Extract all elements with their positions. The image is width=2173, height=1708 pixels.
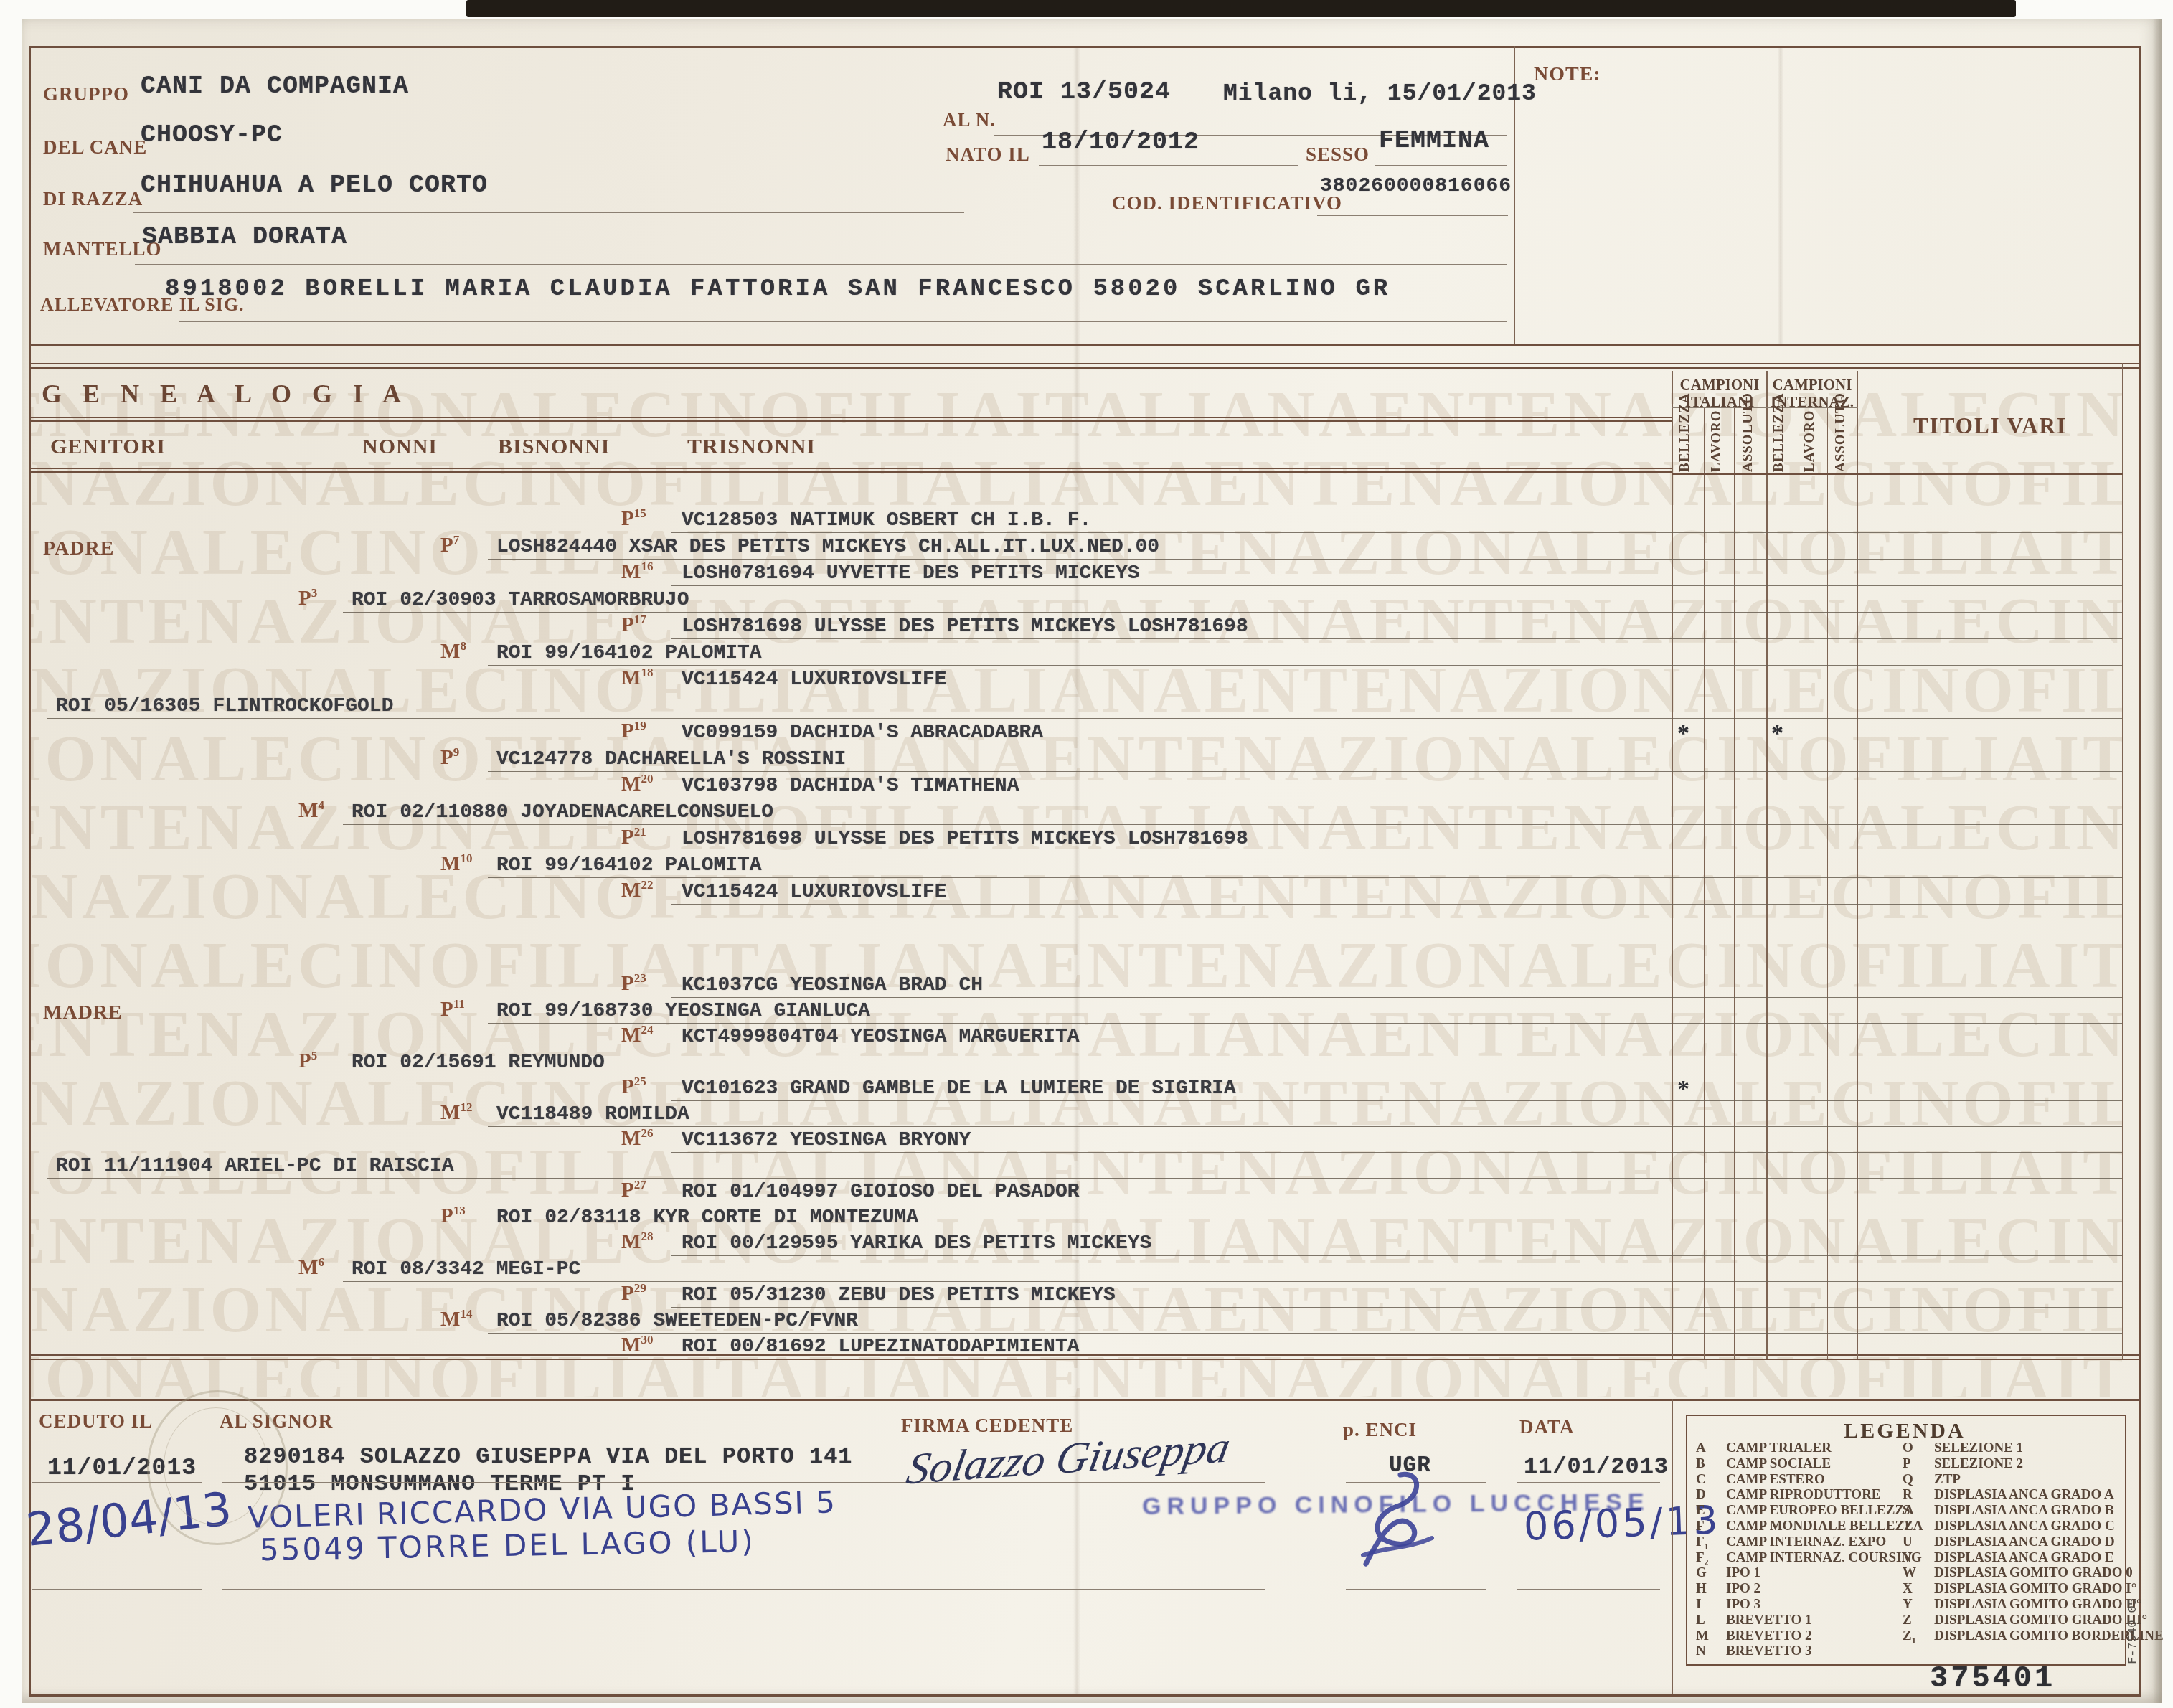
legenda-key: F	[1696, 1519, 1705, 1534]
pedigree-row-line	[671, 1307, 2122, 1308]
legenda-key: Y	[1903, 1597, 1913, 1613]
pedigree-dog-name: LOSH0781694 UYVETTE DES PETITS MICKEYS	[682, 562, 1140, 585]
sesso-value: FEMMINA	[1379, 126, 1489, 155]
block-label-madre: MADRE	[43, 1001, 123, 1024]
legenda-label: CAMP RIPRODUTTORE	[1726, 1487, 1881, 1503]
pedigree-row-line	[488, 665, 2122, 666]
pedigree-dog-name: KC1037CG YEOSINGA BRAD CH	[682, 974, 983, 996]
fold-crease-right	[1778, 46, 1783, 346]
legenda-key: Z	[1903, 1613, 1912, 1628]
legenda-key: E	[1696, 1503, 1705, 1519]
pedigree-row-line	[488, 1333, 2122, 1334]
legenda-label: ZTP	[1934, 1472, 1961, 1488]
ceduto-il-label: CEDUTO IL	[39, 1410, 153, 1433]
camp-v4	[1766, 371, 1768, 1359]
pedigree-row-line	[671, 585, 2122, 586]
pedigree-row-line	[488, 1230, 2122, 1230]
p-enci-label: p. ENCI	[1343, 1419, 1417, 1441]
place-date-value: Milano li, 15/01/2013	[1223, 80, 1537, 107]
legenda-label: SELEZIONE 1	[1934, 1440, 2023, 1456]
legenda-label: DISPLASIA GOMITO GRADO II°	[1934, 1597, 2142, 1613]
bottom-field-line	[901, 1589, 1265, 1590]
pedigree-row-line	[343, 1075, 2122, 1075]
pedigree-dog-name: KCT4999804T04 YEOSINGA MARGUERITA	[682, 1026, 1080, 1048]
legenda-key: W	[1903, 1565, 1916, 1581]
allevatore-value: 8918002 BORELLI MARIA CLAUDIA FATTORIA S…	[165, 275, 1390, 303]
pedigree-dog-name: ROI 11/111904 ARIEL-PC DI RAISCIA	[56, 1155, 454, 1177]
legenda-key: M	[1696, 1628, 1709, 1644]
int-assoluto-label: ASSOLUTO	[1833, 413, 1849, 472]
legenda-key: H	[1696, 1581, 1707, 1597]
generation-marker: M28	[621, 1230, 653, 1254]
pedigree-dog-name: LOSH824440 XSAR DES PETITS MICKEYS CH.AL…	[496, 536, 1159, 558]
generation-marker: P19	[621, 719, 646, 743]
legenda-label: IPO 3	[1726, 1597, 1760, 1613]
pedigree-dog-name: ROI 08/3342 MEGI-PC	[352, 1258, 580, 1280]
generation-marker: P29	[621, 1281, 646, 1306]
pedigree-dog-name: VC113672 YEOSINGA BRYONY	[682, 1129, 971, 1151]
generation-marker: P27	[621, 1178, 646, 1202]
legenda-label: CAMP TRIALER	[1726, 1440, 1832, 1456]
pedigree-row-line	[488, 771, 2122, 772]
pedigree-row-line	[671, 1204, 2122, 1204]
pedigree-dog-name: VC103798 DACHIDA'S TIMATHENA	[682, 775, 1019, 797]
form-code: F-7540 05	[2126, 1598, 2140, 1664]
pedigree-dog-name: VC118489 ROMILDA	[496, 1103, 689, 1126]
frame-left	[29, 46, 31, 1697]
legenda-label: BREVETTO 1	[1726, 1613, 1812, 1628]
legenda-divider	[1672, 1399, 1673, 1694]
del-cane-value: CHOOSY-PC	[141, 121, 283, 149]
legenda-label: SELEZIONE 2	[1934, 1456, 2023, 1472]
form-number: 375401	[1930, 1661, 2055, 1696]
pedigree-dog-name: ROI 02/30903 TARROSAMORBRUJO	[352, 589, 689, 611]
legenda-key: T	[1903, 1519, 1912, 1534]
pedigree-row-line	[488, 1023, 2122, 1024]
camp-v2	[1704, 407, 1705, 1359]
pedigree-dog-name: LOSH781698 ULYSSE DES PETITS MICKEYS LOS…	[682, 615, 1248, 638]
pedigree-dog-name: VC115424 LUXURIOVSLIFE	[682, 669, 947, 691]
it-bellezza-label: BELLEZZA	[1677, 413, 1693, 472]
titoli-vari-label: TITOLI VARI	[1857, 413, 2123, 439]
generation-marker: M12	[440, 1100, 472, 1125]
nato-il-label: NATO IL	[946, 143, 1030, 166]
generation-marker: P7	[440, 533, 459, 557]
legenda-label: DISPLASIA ANCA GRADO B	[1934, 1503, 2114, 1519]
legenda-key: O	[1903, 1440, 1913, 1456]
pedigree-row-line	[671, 1152, 2122, 1153]
pedigree-row-line	[488, 1126, 2122, 1127]
pedigree-row-line	[671, 745, 2122, 745]
pedigree-row-line	[671, 532, 2122, 533]
pedigree-row-line	[671, 1255, 2122, 1256]
generation-marker: M14	[440, 1307, 472, 1331]
scan-edge-artifact	[466, 0, 2016, 17]
camp-v5	[1796, 407, 1796, 1359]
bottom-field-line	[1346, 1589, 1486, 1590]
frame-right	[2139, 46, 2141, 1697]
bottom-field-line	[1517, 1643, 1660, 1643]
pedigree-dog-name: ROI 02/83118 KYR CORTE DI MONTEZUMA	[496, 1207, 918, 1229]
pedigree-row-line	[671, 904, 2122, 905]
legenda-label: DISPLASIA GOMITO GRADO III°	[1934, 1613, 2147, 1628]
pedigree-dog-name: ROI 00/129595 YARIKA DES PETITS MICKEYS	[682, 1232, 1151, 1255]
data-typed: 11/01/2013	[1524, 1453, 1669, 1480]
legenda-key: R	[1903, 1487, 1913, 1503]
camp-v6	[1827, 407, 1828, 1359]
note-label: NOTE:	[1534, 63, 1601, 86]
firma-cedente-label: FIRMA CEDENTE	[901, 1415, 1073, 1437]
legenda-key: Z1	[1903, 1628, 1916, 1646]
champion-asterisk-it_bellezza: *	[1677, 720, 1689, 747]
pedigree-row-line	[671, 638, 2122, 639]
pedigree-dog-name: VC128503 NATIMUK OSBERT CH I.B. F.	[682, 509, 1091, 532]
pedigree-dog-name: ROI 99/168730 YEOSINGA GIANLUCA	[496, 1000, 870, 1022]
generation-marker: M24	[621, 1023, 653, 1047]
sesso-underline	[1375, 165, 1507, 166]
pedigree-dog-name: ROI 02/15691 REYMUNDO	[352, 1052, 605, 1074]
legenda-label: DISPLASIA ANCA GRADO C	[1934, 1519, 2115, 1534]
generation-marker: P11	[440, 997, 465, 1022]
legenda-label: CAMP EUROPEO BELLEZZA	[1726, 1503, 1914, 1519]
bottom-field-line	[32, 1589, 202, 1590]
bottom-section-top-line	[29, 1399, 2141, 1401]
gen-top-line-b	[29, 367, 2141, 369]
generation-marker: M6	[298, 1255, 324, 1280]
gen-title-line-b	[29, 420, 1673, 422]
legenda-label: CAMP INTERNAZ. EXPO	[1726, 1534, 1886, 1550]
bottom-field-line	[901, 1537, 1265, 1537]
pedigree-dog-name: ROI 05/16305 FLINTROCKOFGOLD	[56, 695, 393, 717]
legenda-key: B	[1696, 1456, 1705, 1472]
pedigree-dog-name: ROI 05/31230 ZEBU DES PETITS MICKEYS	[682, 1284, 1116, 1306]
legenda-label: DISPLASIA ANCA GRADO D	[1934, 1534, 2115, 1550]
allevatore-underline	[179, 321, 1507, 322]
genealogia-title: G E N E A L O G I A	[42, 379, 408, 409]
legenda-label: DISPLASIA GOMITO GRADO I°	[1934, 1581, 2136, 1597]
generation-marker: P5	[298, 1049, 317, 1073]
mantello-underline	[135, 264, 1507, 265]
pedigree-row-line	[343, 1281, 2122, 1282]
generation-marker: M16	[621, 560, 653, 584]
pedigree-dog-name: VC099159 DACHIDA'S ABRACADABRA	[682, 722, 1043, 744]
cod-identificativo-label: COD. IDENTIFICATIVO	[1112, 192, 1342, 214]
generation-marker: P25	[621, 1075, 646, 1099]
it-assoluto-label: ASSOLUTO	[1740, 413, 1756, 472]
gen-top-line-a	[29, 363, 2141, 364]
pedigree-row-line	[47, 718, 2122, 719]
gen-bottom-line-a	[29, 1354, 2141, 1356]
pedigree-row-line	[343, 824, 2122, 825]
al-n-value: ROI 13/5024	[997, 77, 1171, 106]
camp-v7	[1857, 371, 1858, 1359]
del-cane-label: DEL CANE	[43, 136, 147, 159]
di-razza-label: DI RAZZA	[43, 188, 143, 210]
mantello-value: SABBIA DORATA	[142, 222, 347, 251]
col-nonni: NONNI	[362, 435, 438, 459]
legenda-key: N	[1696, 1643, 1706, 1659]
generation-marker: P3	[298, 586, 317, 610]
gen-colhead-line-b	[29, 471, 1673, 473]
al-signor-typed-1: 8290184 SOLAZZO GIUSEPPA VIA DEL PORTO 1…	[244, 1443, 853, 1470]
header-bottom-line	[29, 344, 2141, 346]
legenda-label: BREVETTO 2	[1726, 1628, 1812, 1644]
enci-signature-squiggle	[1357, 1469, 1436, 1570]
legenda-key: U	[1903, 1534, 1913, 1550]
pedigree-row-line	[488, 559, 2122, 560]
pedigree-certificate-scan: ENTENAZIONALECINOFILIAITALIANAENTENAZION…	[0, 0, 2173, 1708]
col-genitori: GENITORI	[50, 435, 166, 459]
pedigree-row-line	[671, 997, 2122, 998]
pedigree-dog-name: ROI 99/164102 PALOMITA	[496, 854, 762, 877]
paper-edge-shadow	[2152, 19, 2162, 1703]
legenda-key: S	[1903, 1503, 1910, 1519]
col-bisnonni: BISNONNI	[498, 435, 610, 459]
generation-marker: M4	[298, 798, 324, 823]
pedigree-dog-name: VC101623 GRAND GAMBLE DE LA LUMIERE DE S…	[682, 1077, 1236, 1100]
generation-marker: M22	[621, 878, 653, 902]
pedigree-dog-name: ROI 01/104997 GIOIOSO DEL PASADOR	[682, 1181, 1080, 1203]
di-razza-value: CHIHUAHUA A PELO CORTO	[141, 171, 488, 199]
gruppo-label: GRUPPO	[43, 83, 129, 105]
pedigree-row-line	[671, 798, 2122, 798]
legenda-key: A	[1696, 1440, 1706, 1456]
cod-identificativo-value: 380260000816066	[1320, 175, 1512, 197]
generation-marker: P17	[621, 613, 646, 637]
generation-marker: P21	[621, 825, 646, 849]
pedigree-row-line	[343, 612, 2122, 613]
generation-marker: P9	[440, 745, 459, 770]
camp-v1	[1672, 371, 1673, 1359]
generation-marker: M18	[621, 666, 653, 690]
table-inner-right	[2122, 363, 2123, 1359]
legenda-label: DISPLASIA ANCA GRADO E	[1934, 1550, 2114, 1566]
embossed-stamp-ghost-inner	[164, 1407, 268, 1525]
legenda-key: G	[1696, 1565, 1707, 1581]
legenda-label: CAMP MONDIALE BELLEZZA	[1726, 1519, 1923, 1534]
frame-bottom	[29, 1694, 2141, 1697]
legenda-label: DISPLASIA ANCA GRADO A	[1934, 1487, 2114, 1503]
bottom-field-line	[1346, 1643, 1486, 1643]
data-label: DATA	[1519, 1416, 1575, 1438]
pedigree-row-line	[47, 1178, 2122, 1179]
pedigree-dog-name: ROI 00/81692 LUPEZINATODAPIMIENTA	[682, 1336, 1080, 1358]
pedigree-dog-name: LOSH781698 ULYSSE DES PETITS MICKEYS LOS…	[682, 828, 1248, 850]
legenda-label: CAMP ESTERO	[1726, 1472, 1825, 1488]
gruppo-value: CANI DA COMPAGNIA	[141, 72, 409, 100]
int-bellezza-label: BELLEZZA	[1771, 413, 1787, 472]
di-razza-underline	[133, 212, 964, 213]
frame-top	[29, 46, 2141, 48]
del-cane-underline	[133, 161, 964, 161]
pedigree-dog-name: ROI 99/164102 PALOMITA	[496, 642, 762, 664]
legenda-label: IPO 2	[1726, 1581, 1760, 1597]
pedigree-row-line	[671, 851, 2122, 851]
generation-marker: P13	[440, 1204, 466, 1228]
bottom-field-line	[32, 1643, 202, 1643]
generation-marker: P15	[621, 506, 646, 531]
legenda-label: CAMP INTERNAZ. COURSING	[1726, 1550, 1922, 1566]
champion-asterisk-it_bellezza: *	[1677, 1076, 1689, 1103]
legenda-label: DISPLASIA GOMITO GRADO 0	[1934, 1565, 2133, 1581]
pedigree-row-line	[671, 1100, 2122, 1101]
pedigree-dog-name: ROI 05/82386 SWEETEDEN-PC/FVNR	[496, 1310, 858, 1332]
generation-marker: M20	[621, 772, 653, 796]
sesso-label: SESSO	[1306, 143, 1370, 166]
generation-marker: M30	[621, 1333, 653, 1357]
legenda-key: Q	[1903, 1472, 1913, 1488]
bottom-field-line	[1517, 1589, 1660, 1590]
generation-marker: M8	[440, 639, 466, 664]
cod-identificativo-underline	[1317, 215, 1508, 216]
pedigree-row-line	[671, 1359, 2122, 1359]
legenda-key: D	[1696, 1487, 1706, 1503]
nato-il-underline	[1039, 165, 1298, 166]
bottom-field-line	[901, 1643, 1265, 1643]
pedigree-dog-name: ROI 02/110880 JOYADENACARELCONSUELO	[352, 801, 773, 824]
bottom-field-line	[1517, 1482, 1660, 1483]
legenda-label: CAMP SOCIALE	[1726, 1456, 1831, 1472]
pedigree-row-line	[671, 1049, 2122, 1049]
camp-v3	[1734, 407, 1735, 1359]
pedigree-row-line	[488, 877, 2122, 878]
legenda-key: I	[1696, 1597, 1701, 1613]
int-lavoro-label: LAVORO	[1802, 413, 1818, 472]
legenda-title: LEGENDA	[1686, 1419, 2123, 1443]
gruppo-underline	[133, 108, 964, 108]
nato-il-value: 18/10/2012	[1042, 128, 1199, 156]
pedigree-row-line	[671, 692, 2122, 692]
legenda-label: IPO 1	[1726, 1565, 1760, 1581]
generation-marker: M10	[440, 851, 472, 876]
champion-asterisk-int_bellezza: *	[1771, 720, 1783, 747]
camp-header-bottom	[1672, 473, 2123, 475]
generation-marker: P23	[621, 971, 646, 996]
pedigree-dog-name: VC124778 DACHARELLA'S ROSSINI	[496, 748, 846, 770]
legenda-label: BREVETTO 3	[1726, 1643, 1812, 1659]
legenda-key: C	[1696, 1472, 1706, 1488]
it-lavoro-label: LAVORO	[1709, 413, 1725, 472]
pedigree-dog-name: VC115424 LUXURIOVSLIFE	[682, 881, 947, 903]
block-label-padre: PADRE	[43, 537, 114, 560]
gen-title-line-a	[29, 417, 1673, 418]
legenda-key: P	[1903, 1456, 1911, 1472]
al-n-label: AL N.	[943, 109, 996, 131]
generation-marker: M26	[621, 1126, 653, 1151]
legenda-key: X	[1903, 1581, 1913, 1597]
gen-colhead-line-a	[29, 468, 1673, 469]
legenda-key: L	[1696, 1613, 1705, 1628]
legenda-key: V	[1903, 1550, 1913, 1566]
col-trisnonni: TRISNONNI	[687, 435, 816, 459]
